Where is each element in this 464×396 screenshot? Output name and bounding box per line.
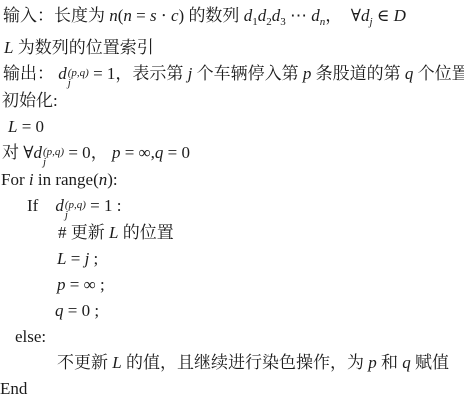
text-run: D (394, 6, 406, 25)
math-superscript: (p,q) (43, 147, 64, 157)
text-run: = 0 (64, 143, 91, 162)
text-run: p (368, 353, 377, 372)
text-run: ) (179, 6, 189, 25)
text-run: ; (89, 249, 98, 268)
text-run: L (112, 353, 121, 372)
text-run: 不更新 (57, 353, 112, 372)
algo-line-11: p = ∞ ; (0, 272, 464, 298)
algo-line-2: L 为数列的位置索引 (0, 35, 464, 61)
text-run: s (150, 6, 157, 25)
text-run: ∀ (23, 143, 33, 162)
text-run: ， (325, 6, 342, 25)
text-run: 输出： (3, 64, 58, 83)
math-subsup-term: d(p,q)j (55, 193, 86, 220)
math-base: d (58, 64, 67, 83)
text-run: d (244, 6, 253, 25)
text-run: = (132, 6, 150, 25)
algo-line-4: 初始化: (0, 88, 464, 114)
text-run: n (123, 6, 132, 25)
math-subsup-term: d(p,q)j (58, 61, 89, 88)
text-run: n (99, 170, 108, 189)
text-run: 的位置 (118, 223, 173, 242)
text-run: # (58, 223, 71, 242)
text-run: else: (15, 327, 46, 346)
text-run: = (66, 249, 84, 268)
algo-line-9: # 更新 L 的位置 (0, 220, 464, 246)
text-run: 条股道的第 (311, 64, 405, 83)
text-run: 初始化: (2, 91, 58, 110)
math-subscript: j (43, 157, 64, 167)
text-run: 个车辆停入第 (192, 64, 303, 83)
algo-line-7: For i in range(n): (0, 167, 464, 193)
algo-line-3: 输出： d(p,q)j = 1，表示第 j 个车辆停入第 p 条股道的第 q 个… (0, 61, 464, 88)
math-subscript: j (65, 210, 86, 220)
text-run: ，表示第 (115, 64, 187, 83)
text-run: in range( (34, 170, 99, 189)
text-run: = 1 : (86, 196, 122, 215)
text-run: 输入：长度为 (3, 6, 109, 25)
math-base: d (34, 143, 43, 162)
math-scripts: (p,q)j (68, 68, 89, 88)
text-run: q (402, 353, 411, 372)
math-base: d (55, 196, 64, 215)
text-run: If (27, 196, 55, 215)
text-run: ∀ (342, 6, 361, 25)
algo-line-10: L = j ; (0, 246, 464, 272)
text-run: 对 (2, 143, 23, 162)
text-run: ∈ (373, 6, 394, 25)
text-run: ， (91, 143, 108, 162)
text-run: 的值，且继续进行染色操作，为 (122, 353, 369, 372)
text-run: ⋯ (286, 6, 312, 25)
text-run: d (272, 6, 281, 25)
math-subsup-term: d(p,q)j (34, 140, 65, 167)
text-run: n (109, 6, 118, 25)
math-subscript: j (68, 78, 89, 88)
text-run: 的数列 (188, 6, 243, 25)
text-run: 为数列的位置索引 (13, 38, 153, 57)
algo-line-12: q = 0 ; (0, 298, 464, 324)
text-run: = 0 (163, 143, 190, 162)
text-run: d (311, 6, 320, 25)
algo-line-14: 不更新 L 的值，且继续进行染色操作，为 p 和 q 赋值 (0, 350, 464, 376)
text-run: = 0 (17, 117, 44, 136)
algo-line-1: 输入：长度为 n(n = s ⋅ c) 的数列 d1d2d3 ⋯ dn， ∀dj… (0, 3, 464, 35)
text-run: 个位置。 (413, 64, 464, 83)
text-run: 赋值 (411, 353, 449, 372)
text-run: q (55, 301, 64, 320)
text-run: p (57, 275, 66, 294)
math-scripts: (p,q)j (43, 147, 64, 167)
algo-line-15: End (0, 376, 464, 396)
text-run: 和 (377, 353, 403, 372)
math-scripts: (p,q)j (65, 200, 86, 220)
text-run: 更新 (71, 223, 109, 242)
text-run: ): (107, 170, 117, 189)
text-run: For (1, 170, 29, 189)
text-run: = ∞ ; (66, 275, 105, 294)
algo-line-13: else: (0, 324, 464, 350)
algorithm-document: 输入：长度为 n(n = s ⋅ c) 的数列 d1d2d3 ⋯ dn， ∀dj… (0, 0, 464, 396)
algo-line-8: If d(p,q)j = 1 : (0, 193, 464, 220)
text-run: = 0 ; (64, 301, 100, 320)
text-run: = 1 (89, 64, 116, 83)
text-run: c (171, 6, 179, 25)
algo-line-5: L = 0 (0, 114, 464, 140)
text-run: = ∞, (120, 143, 154, 162)
text-run: d (258, 6, 267, 25)
text-run: ⋅ (157, 6, 171, 25)
text-run: End (0, 379, 27, 396)
algo-line-6: 对 ∀d(p,q)j = 0， p = ∞,q = 0 (0, 140, 464, 167)
